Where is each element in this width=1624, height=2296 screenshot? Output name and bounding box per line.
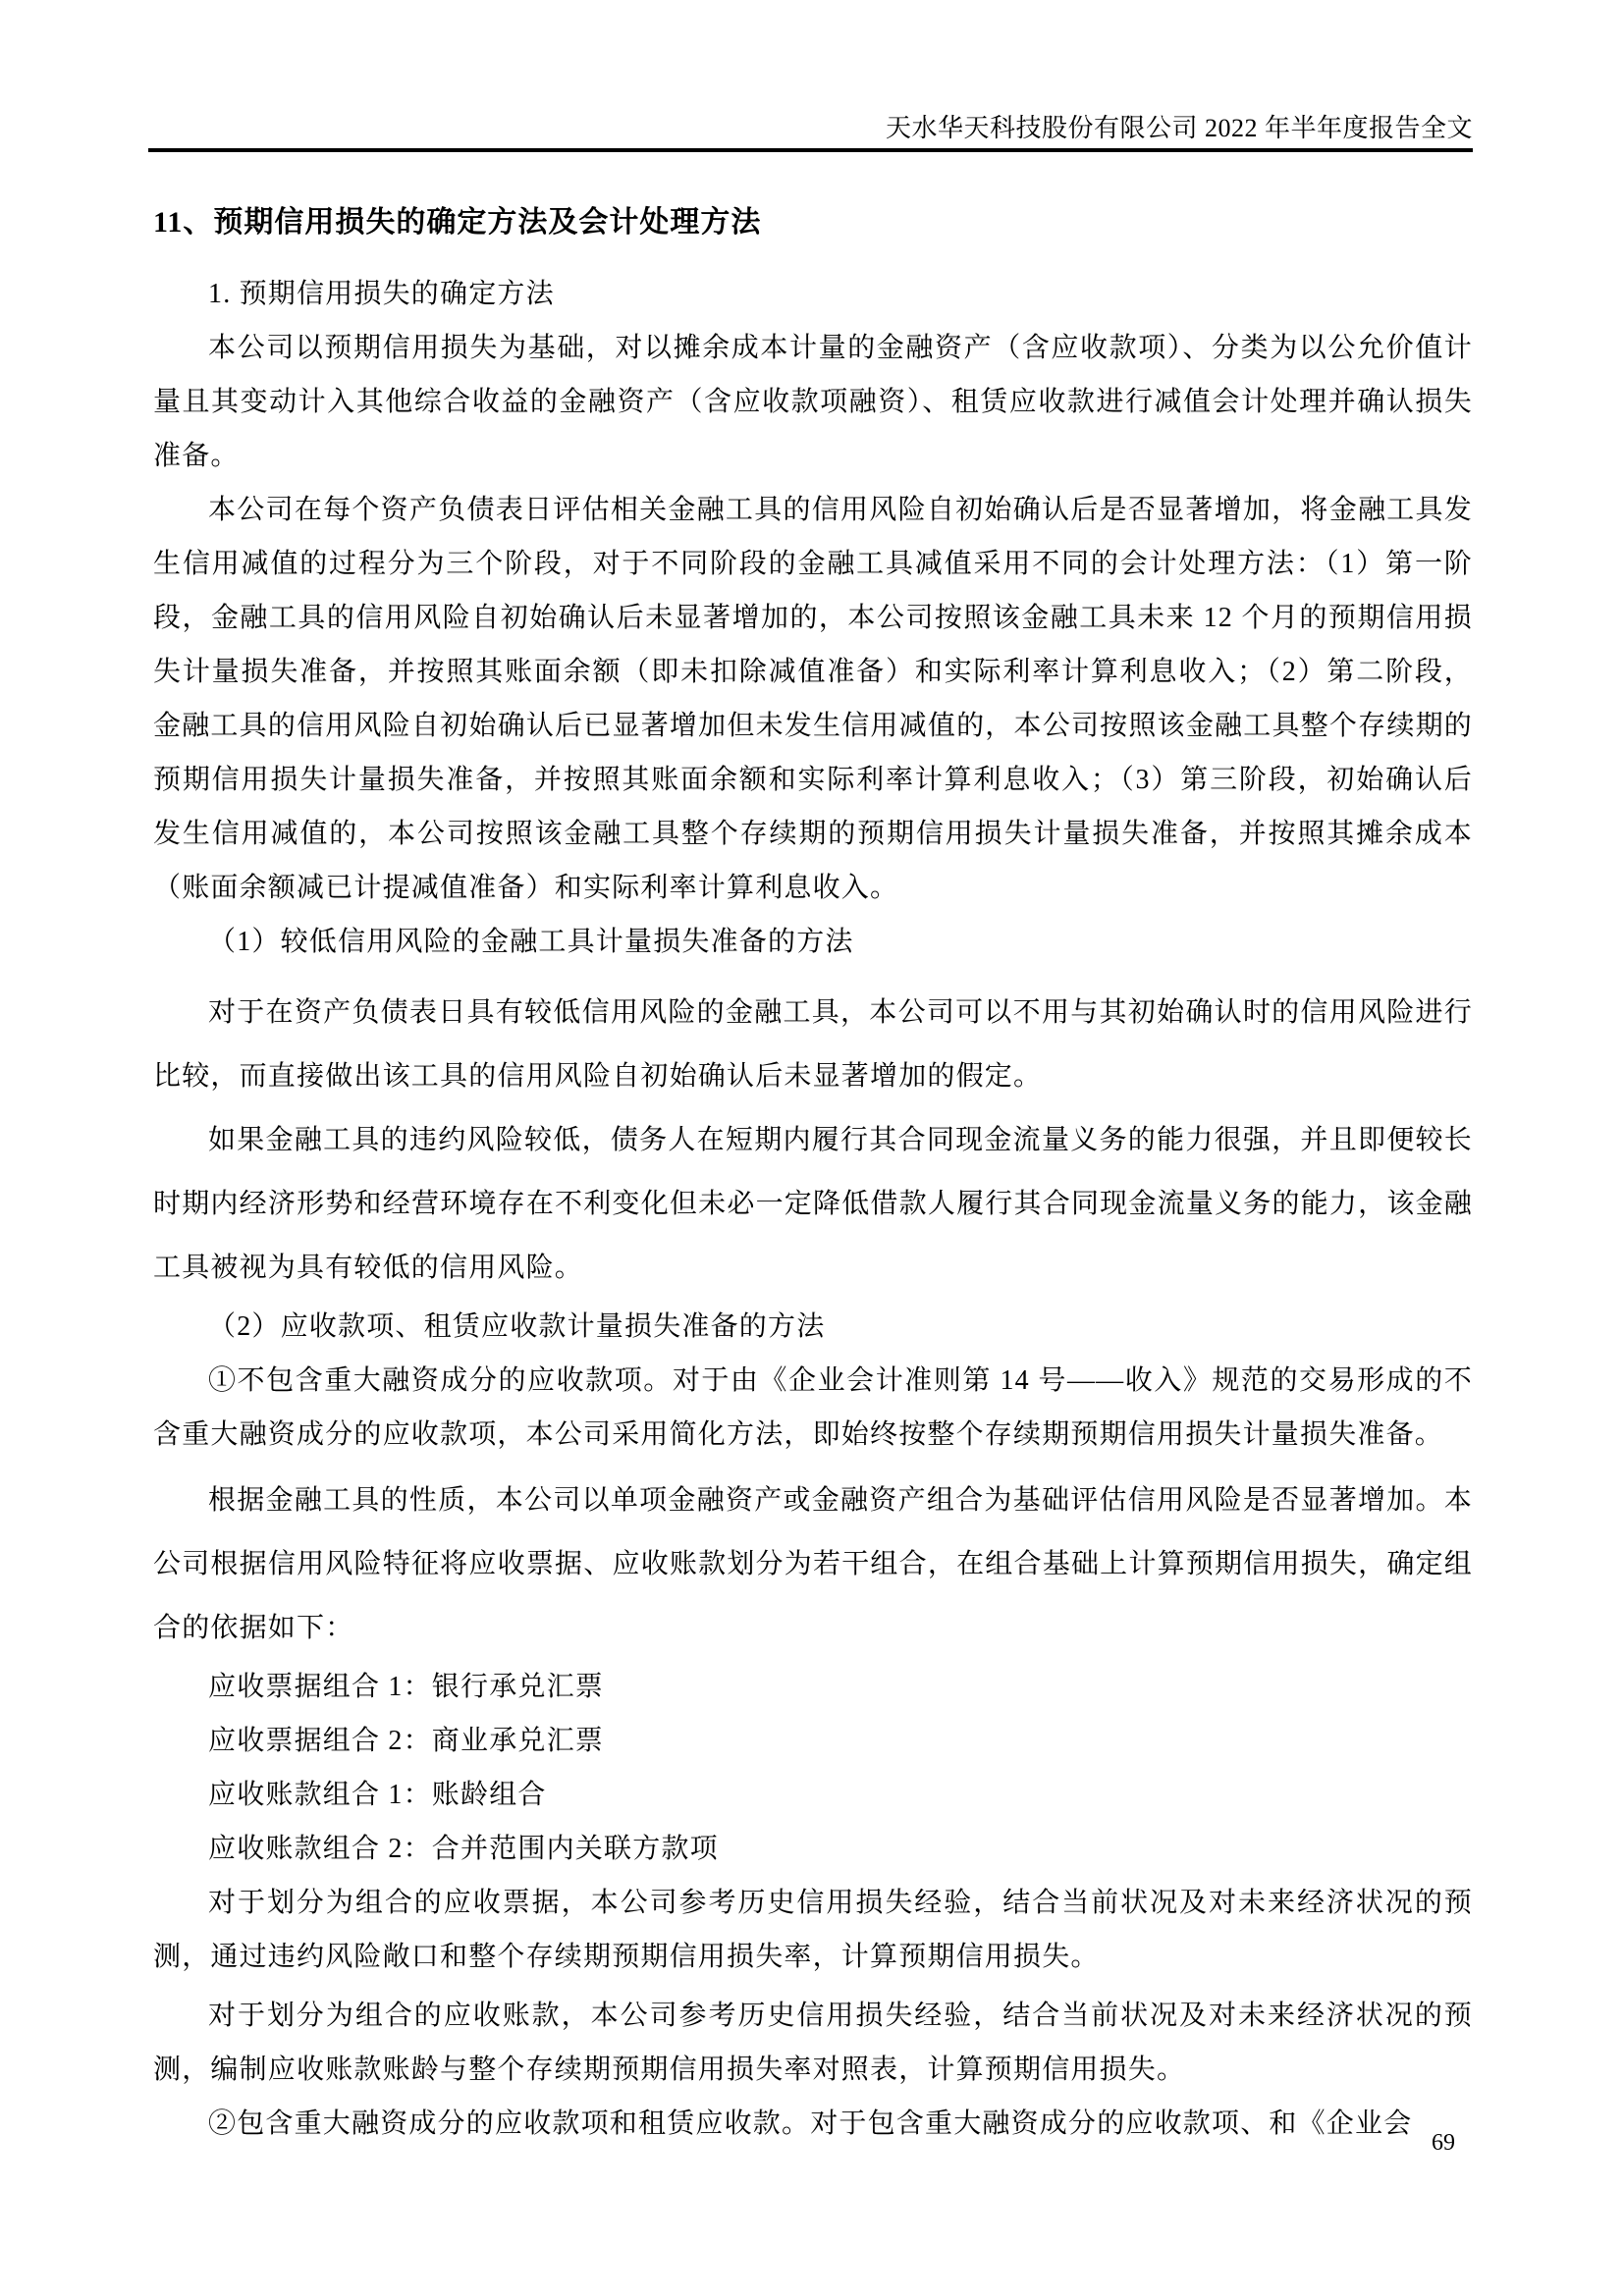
sub-heading: （1）较低信用风险的金融工具计量损失准备的方法 — [153, 915, 1473, 969]
list-item: 应收账款组合 2：合并范围内关联方款项 — [153, 1822, 1473, 1876]
sub-heading: 1. 预期信用损失的确定方法 — [153, 267, 1473, 321]
paragraph: 对于在资产负债表日具有较低信用风险的金融工具，本公司可以不用与其初始确认时的信用… — [153, 981, 1473, 1108]
paragraph: 根据金融工具的性质，本公司以单项金融资产或金融资产组合为基础评估信用风险是否显著… — [153, 1468, 1473, 1660]
paragraph: 如果金融工具的违约风险较低，债务人在短期内履行其合同现金流量义务的能力很强，并且… — [153, 1108, 1473, 1300]
document-body: 1. 预期信用损失的确定方法本公司以预期信用损失为基础，对以摊余成本计量的金融资… — [153, 267, 1473, 2151]
paragraph: ②包含重大融资成分的应收款项和租赁应收款。对于包含重大融资成分的应收款项、和《企… — [153, 2097, 1473, 2151]
sub-heading: （2）应收款项、租赁应收款计量损失准备的方法 — [153, 1300, 1473, 1354]
paragraph: 对于划分为组合的应收票据，本公司参考历史信用损失经验，结合当前状况及对未来经济状… — [153, 1876, 1473, 1984]
list-item: 应收票据组合 1：银行承兑汇票 — [153, 1660, 1473, 1714]
section-heading: 11、预期信用损失的确定方法及会计处理方法 — [153, 197, 1473, 240]
paragraph: 本公司以预期信用损失为基础，对以摊余成本计量的金融资产（含应收款项）、分类为以公… — [153, 321, 1473, 483]
list-item: 应收账款组合 1：账龄组合 — [153, 1768, 1473, 1822]
report-header-title: 天水华天科技股份有限公司 2022 年半年度报告全文 — [153, 108, 1473, 144]
paragraph: ①不包含重大融资成分的应收款项。对于由《企业会计准则第 14 号——收入》规范的… — [153, 1354, 1473, 1462]
header-rule — [148, 148, 1473, 152]
list-item: 应收票据组合 2：商业承兑汇票 — [153, 1714, 1473, 1768]
page-number: 69 — [1414, 2130, 1473, 2157]
paragraph: 本公司在每个资产负债表日评估相关金融工具的信用风险自初始确认后是否显著增加，将金… — [153, 483, 1473, 915]
paragraph: 对于划分为组合的应收账款，本公司参考历史信用损失经验，结合当前状况及对未来经济状… — [153, 1989, 1473, 2097]
document-page: 天水华天科技股份有限公司 2022 年半年度报告全文 11、预期信用损失的确定方… — [0, 0, 1624, 2296]
